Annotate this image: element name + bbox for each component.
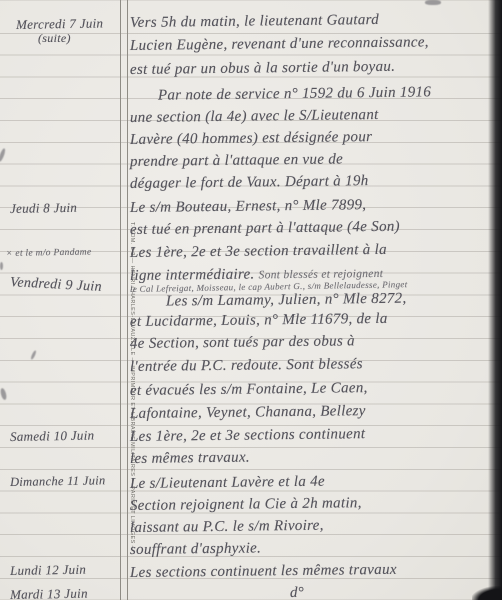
journal-line: Vers 5h du matin, le lieutenant Gautard	[130, 11, 497, 37]
margin-date-sub: (suite)	[38, 31, 71, 46]
margin-date-entry: Samedi 10 Juin	[10, 427, 122, 445]
ink-smudge	[0, 262, 3, 270]
ink-smudge	[425, 0, 441, 5]
margin-date-entry: Jeudi 8 Juin	[10, 199, 122, 217]
margin-annotation: × et le m/o Pandame	[6, 247, 118, 259]
journal-line: Les 1ère, 2e et 3e section travaillent à…	[130, 241, 497, 267]
journal-line: l'entrée du P.C. redoute. Sont blessés	[130, 355, 497, 381]
scan-corner-smudge	[472, 586, 502, 600]
journal-line: 4e Section, sont tués par des obus à	[130, 332, 497, 358]
ink-smudge	[0, 148, 6, 163]
journal-line: Lucien Eugène, revenant d'une reconnaiss…	[130, 34, 497, 60]
journal-line: dégager le fort de Vaux. Départ à 19h	[130, 172, 497, 198]
margin-date-entry: Lundi 12 Juin	[10, 561, 122, 579]
ditto-mark: d°	[290, 582, 497, 600]
journal-line: est tué en prenant part à l'attaque (4e …	[130, 218, 497, 244]
journal-line: les mêmes travaux.	[130, 447, 497, 473]
journal-line: est tué par un obus à la sortie d'un boy…	[130, 58, 497, 84]
margin-date-entry: Vendredi 9 Juin	[10, 275, 123, 297]
margin-date-entry: Dimanche 11 Juin	[10, 473, 122, 490]
margin-date-entry: Mardi 13 Juin	[10, 585, 122, 600]
ink-smudge	[30, 350, 37, 360]
journal-line: Lafontaine, Veynet, Chanana, Bellezy	[130, 402, 497, 428]
journal-line: et évacués les s/m Fontaine, Le Caen,	[130, 379, 497, 405]
ink-smudge	[0, 388, 7, 401]
margin-date-entry: Mercredi 7 Juin	[16, 15, 128, 33]
journal-line: souffrant d'asphyxie.	[130, 538, 497, 564]
journal-page: Mercredi 7 Juin (suite) Jeudi 8 Juin × e…	[0, 0, 502, 600]
scan-edge-right	[488, 0, 502, 600]
